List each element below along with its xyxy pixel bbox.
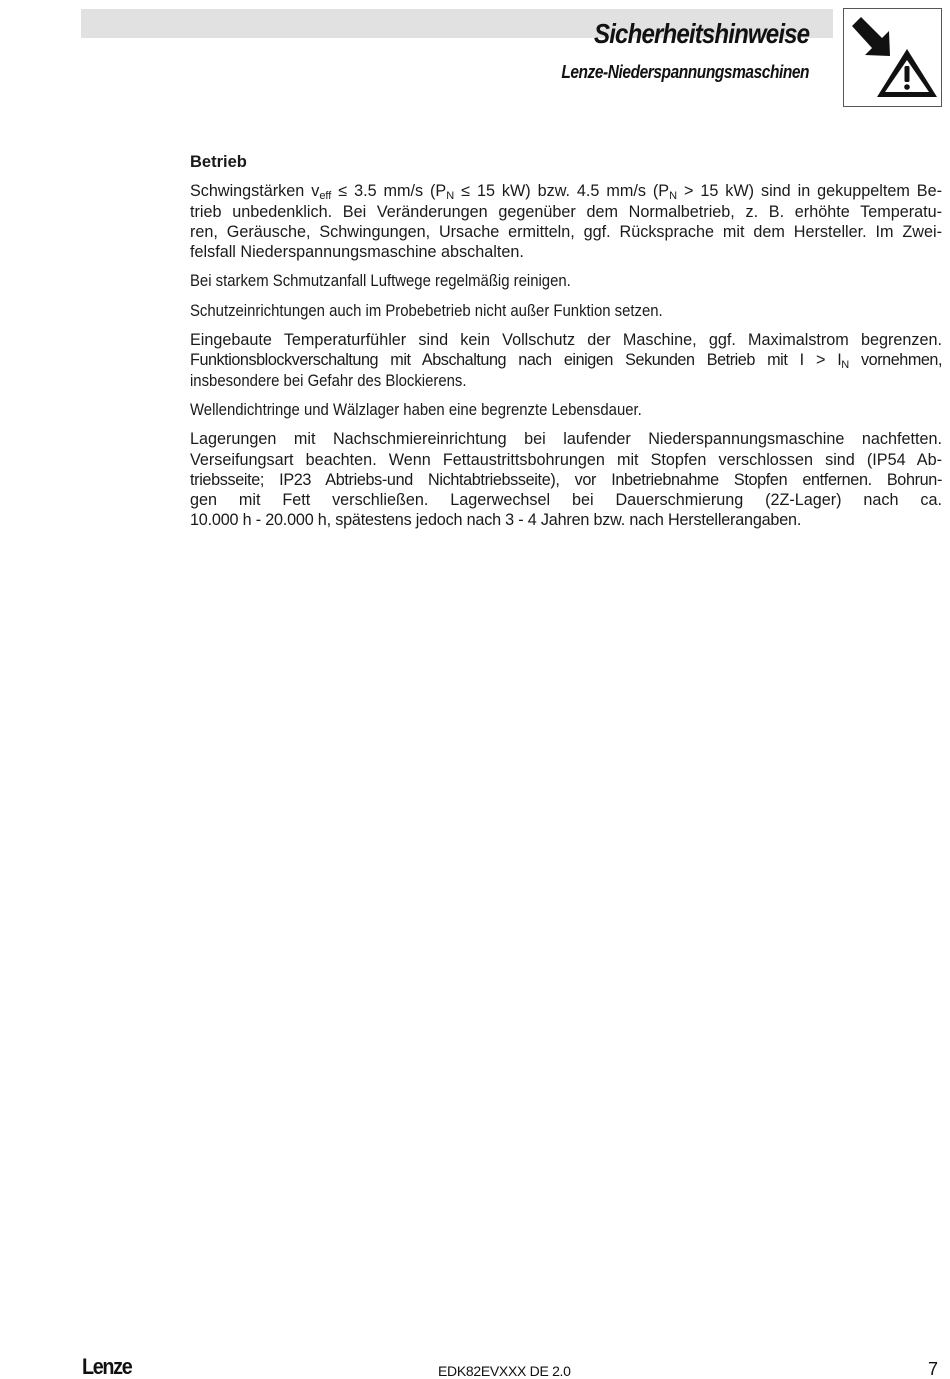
document-body: Betrieb Schwingstärken veff ≤ 3.5 mm/s (… xyxy=(190,152,942,540)
section-heading: Betrieb xyxy=(190,152,942,172)
text-line: ren, Geräusche, Schwingungen, Ursache er… xyxy=(190,222,942,242)
paragraph-cleaning: Bei starkem Schmutzanfall Luftwege regel… xyxy=(190,271,942,291)
warning-arrow-triangle-icon xyxy=(843,8,942,107)
text-line: Eingebaute Temperaturfühler sind kein Vo… xyxy=(190,330,942,350)
page-subtitle: Lenze-Niederspannungsmaschinen xyxy=(561,62,809,83)
text-line: Schwingstärken veff ≤ 3.5 mm/s (PN ≤ 15 … xyxy=(190,181,942,201)
text-line: insbesondere bei Gefahr des Blockierens. xyxy=(190,371,882,391)
document-id: EDK82EVXXX DE 2.0 xyxy=(438,1363,571,1379)
paragraph-lubrication: Lagerungen mit Nachschmiereinrichtung be… xyxy=(190,429,942,530)
page-title: Sicherheitshinweise xyxy=(594,18,809,50)
text-line: trieb unbedenklich. Bei Veränderungen ge… xyxy=(190,202,942,222)
paragraph-vibration: Schwingstärken veff ≤ 3.5 mm/s (PN ≤ 15 … xyxy=(190,181,942,262)
text-line: Funktionsblockverschaltung mit Abschaltu… xyxy=(190,350,942,370)
text-line: Schutzeinrichtungen auch im Probebetrieb… xyxy=(190,301,882,321)
text-line: Wellendichtringe und Wälzlager haben ein… xyxy=(190,400,882,420)
text-line: triebsseite; IP23 Abtriebs-und Nichtabtr… xyxy=(190,470,942,490)
text-line: felsfall Niederspannungsmaschine abschal… xyxy=(190,242,942,262)
page-number: 7 xyxy=(928,1359,938,1379)
paragraph-temperature-sensors: Eingebaute Temperaturfühler sind kein Vo… xyxy=(190,330,942,391)
paragraph-protection: Schutzeinrichtungen auch im Probebetrieb… xyxy=(190,301,942,321)
text-line: 10.000 h - 20.000 h, spätestens jedoch n… xyxy=(190,510,942,530)
text-line: gen mit Fett verschließen. Lagerwechsel … xyxy=(190,490,942,510)
lenze-logo: Lenze xyxy=(82,1354,131,1379)
text-line: Lagerungen mit Nachschmiereinrichtung be… xyxy=(190,429,942,449)
text-line: Verseifungsart beachten. Wenn Fettaustri… xyxy=(190,450,942,470)
paragraph-seals-bearings: Wellendichtringe und Wälzlager haben ein… xyxy=(190,400,942,420)
text-line: Bei starkem Schmutzanfall Luftwege regel… xyxy=(190,271,882,291)
